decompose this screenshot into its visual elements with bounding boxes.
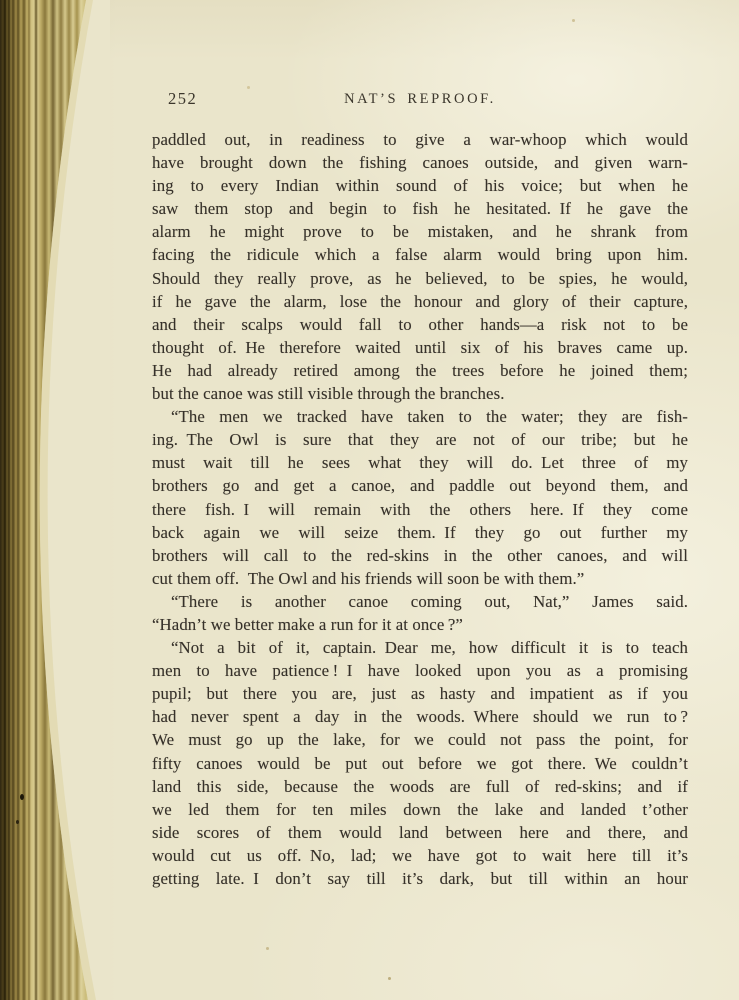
text-line: have brought down the fishing canoes out…: [152, 151, 688, 174]
text-line: ing to every Indian within sound of his …: [152, 174, 688, 197]
book-page-scan: 252 NAT’S REPROOF. paddled out, in readi…: [0, 0, 739, 1000]
foxing-speck: [16, 820, 19, 824]
text-line: “Hadn’t we better make a run for it at o…: [152, 613, 688, 636]
text-line: cut them off. The Owl and his friends wi…: [152, 567, 688, 590]
text-line: must wait till he sees what they will do…: [152, 451, 688, 474]
foxing-speck: [247, 86, 250, 89]
text-line: if he gave the alarm, lose the honour an…: [152, 290, 688, 313]
text-line: He had already retired among the trees b…: [152, 359, 688, 382]
text-line: “Not a bit of it, captain. Dear me, how …: [152, 636, 688, 659]
text-line: pupil; but there you are, just as hasty …: [152, 682, 688, 705]
text-line: side scores of them would land between h…: [152, 821, 688, 844]
text-line: alarm he might prove to be mistaken, and…: [152, 220, 688, 243]
text-line: We must go up the lake, for we could not…: [152, 728, 688, 751]
foxing-speck: [20, 794, 24, 800]
foxing-speck: [572, 19, 575, 22]
page-content: 252 NAT’S REPROOF. paddled out, in readi…: [152, 0, 688, 1000]
text-line: brothers go and get a canoe, and paddle …: [152, 474, 688, 497]
text-line: paddled out, in readiness to give a war-…: [152, 128, 688, 151]
text-line: had never spent a day in the woods. Wher…: [152, 705, 688, 728]
foxing-speck: [388, 977, 391, 980]
paragraph: “Not a bit of it, captain. Dear me, how …: [152, 636, 688, 890]
text-line: men to have patience ! I have looked upo…: [152, 659, 688, 682]
text-line: facing the ridicule which a false alarm …: [152, 243, 688, 266]
text-line: getting late. I don’t say till it’s dark…: [152, 867, 688, 890]
text-line: and their scalps would fall to other han…: [152, 313, 688, 336]
paragraph: paddled out, in readiness to give a war-…: [152, 128, 688, 405]
paragraph: “The men we tracked have taken to the wa…: [152, 405, 688, 590]
paragraph: “There is another canoe coming out, Nat,…: [152, 590, 688, 636]
text-line: brothers will call to the red-skins in t…: [152, 544, 688, 567]
text-line: but the canoe was still visible through …: [152, 382, 688, 405]
text-line: we led them for ten miles down the lake …: [152, 798, 688, 821]
text-line: fifty canoes would be put out before we …: [152, 752, 688, 775]
running-title: NAT’S REPROOF.: [152, 91, 688, 108]
text-line: Should they really prove, as he believed…: [152, 267, 688, 290]
page-edge-curve: [0, 0, 110, 1000]
foxing-speck: [266, 947, 269, 950]
text-line: thought of. He therefore waited until si…: [152, 336, 688, 359]
text-line: there fish. I will remain with the other…: [152, 498, 688, 521]
text-line: would cut us off. No, lad; we have got t…: [152, 844, 688, 867]
text-line: land this side, because the woods are fu…: [152, 775, 688, 798]
text-line: ing. The Owl is sure that they are not o…: [152, 428, 688, 451]
text-line: saw them stop and begin to fish he hesit…: [152, 197, 688, 220]
text-line: “There is another canoe coming out, Nat,…: [152, 590, 688, 613]
text-line: “The men we tracked have taken to the wa…: [152, 405, 688, 428]
page-header: 252 NAT’S REPROOF.: [152, 0, 688, 128]
page-body: paddled out, in readiness to give a war-…: [152, 128, 688, 890]
text-line: back again we will seize them. If they g…: [152, 521, 688, 544]
